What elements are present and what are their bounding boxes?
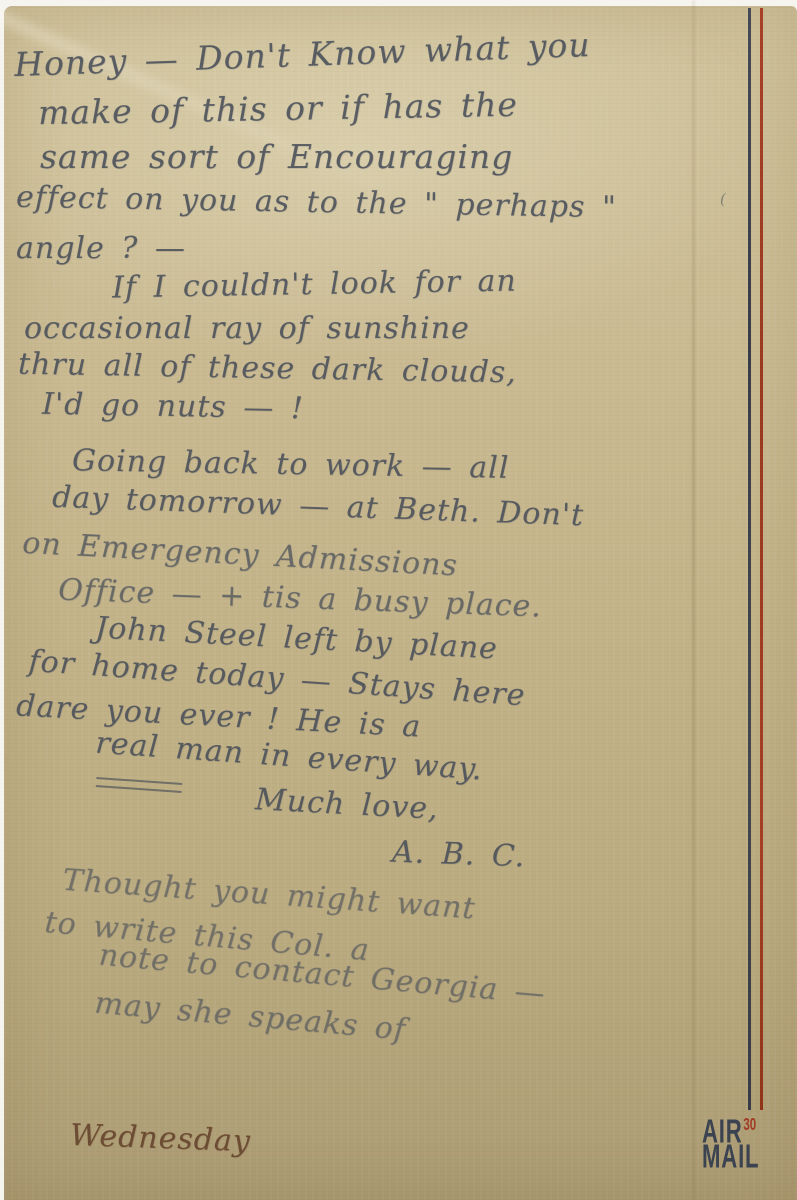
airmail-stamp: AIR30 MAIL (702, 1116, 772, 1166)
handwriting-line: angle ? — (16, 234, 186, 264)
paper-crease (692, 0, 695, 1200)
handwriting-line: If I couldn't look for an (112, 266, 517, 303)
margin-pencil-mark: ( (720, 190, 726, 208)
signature-initials: A. B. C. (392, 838, 526, 873)
handwriting-line: I'd go nuts — ! (42, 390, 304, 425)
airmail-border-stripe-dark (748, 8, 751, 1110)
handwriting-line: Going back to work — all (72, 446, 510, 484)
handwriting-line: thru all of these dark clouds, (18, 350, 517, 389)
airmail-border-stripe-red (760, 8, 763, 1110)
scanned-letter-page: { "page": { "kind": "handwritten air mai… (0, 0, 797, 1200)
airmail-stamp-line2: MAIL (702, 1141, 759, 1172)
closing-day: Wednesday (70, 1121, 252, 1157)
handwriting-line: occasional ray of sunshine (24, 314, 470, 344)
handwriting-line: same sort of Encouraging (40, 140, 513, 173)
airmail-rate: 30 (743, 1114, 756, 1134)
handwriting-line: make of this or if has the (38, 88, 518, 129)
